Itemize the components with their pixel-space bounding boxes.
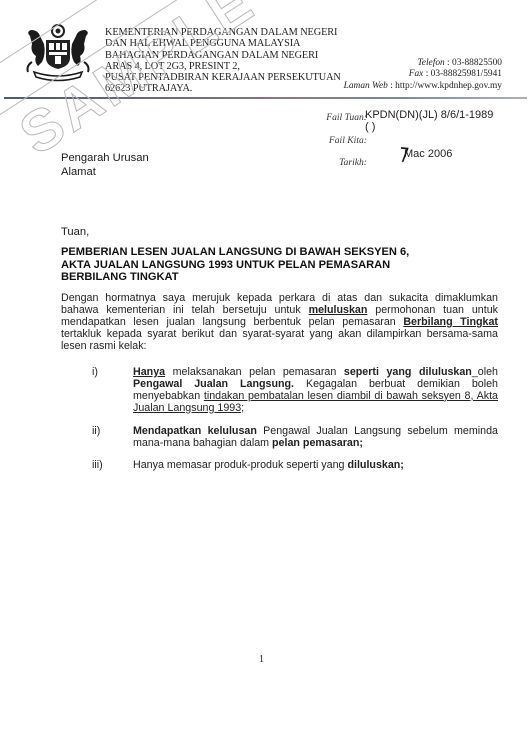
condition-emphasis: pelan pemasaran; <box>272 437 363 449</box>
condition-number: ii) <box>92 426 100 438</box>
coat-of-arms-icon <box>22 22 94 82</box>
condition-emphasis: Pengawal Jualan Langsung. <box>133 378 294 390</box>
agency-line: DAN HAL EHWAL PENGGUNA MALAYSIA <box>105 38 341 49</box>
recipient-title: Pengarah Urusan <box>61 152 149 166</box>
telefon-label: Telefon <box>417 58 444 68</box>
fail-tuan-row: Fail Tuan: KPDN(DN)(JL) 8/6/1-1989 <box>325 109 525 123</box>
fail-kita-label: Fail Kita: <box>329 135 367 146</box>
condition-number: iii) <box>92 460 103 472</box>
agency-line: 62623 PUTRAJAYA. <box>105 83 341 94</box>
intro-emphasis-mlm: Berbilang Tingkat <box>403 316 498 328</box>
header-divider <box>4 97 527 99</box>
agency-line: PUSAT PENTADBIRAN KERAJAAN PERSEKUTUAN <box>105 72 341 83</box>
condition-emphasis: Mendapatkan kelulusan <box>133 425 257 437</box>
page-number: 1 <box>259 654 264 665</box>
fail-tuan-sub: ( ) <box>365 121 375 133</box>
condition-emphasis: seperti yang diluluskan <box>344 366 472 378</box>
fail-kita-row: Fail Kita: <box>325 135 525 149</box>
condition-number: i) <box>92 367 98 379</box>
agency-address: KEMENTERIAN PERDAGANGAN DALAM NEGERI DAN… <box>105 27 341 95</box>
recipient-address-line: Alamat <box>61 166 149 180</box>
condition-text: Hanya melaksanakan pelan pemasaran seper… <box>133 367 498 415</box>
fax-line: Fax : 03-88825981/5941 <box>344 69 502 80</box>
recipient-address: Pengarah Urusan Alamat <box>61 152 149 179</box>
condition-item: iii) Hanya memasar produk-produk seperti… <box>92 460 498 472</box>
agency-line: KEMENTERIAN PERDAGANGAN DALAM NEGERI <box>105 27 341 38</box>
fail-tuan-value: KPDN(DN)(JL) 8/6/1-1989 <box>365 109 493 121</box>
agency-line: ARAS 4, LOT 2G3, PRESINT 2, <box>105 61 341 72</box>
fax-label: Fax <box>409 69 424 79</box>
intro-paragraph: Dengan hormatnya saya merujuk kepada per… <box>61 293 498 353</box>
salutation: Tuan, <box>61 226 89 238</box>
tarikh-row: Tarikh: Mac 2006 <box>325 149 525 169</box>
tarikh-month-year: Mac 2006 <box>404 148 452 160</box>
tarikh-label: Tarikh: <box>339 157 367 168</box>
telefon-line: Telefon : 03-88825500 <box>344 58 502 69</box>
fail-tuan-sub-row: ( ) <box>325 123 525 135</box>
tarikh-day-handwritten: 7 <box>399 143 411 168</box>
telefon-value: 03-88825500 <box>452 58 502 68</box>
condition-item: ii) Mendapatkan kelulusan Pengawal Juala… <box>92 426 498 450</box>
web-link[interactable]: http://www.kpdnhep.gov.my <box>395 81 502 91</box>
intro-emphasis-approve: meluluskan <box>309 304 368 316</box>
condition-text: Mendapatkan kelulusan Pengawal Jualan La… <box>133 426 498 450</box>
condition-fragment: melaksanakan pelan pemasaran <box>165 366 344 378</box>
conditions-list: i) Hanya melaksanakan pelan pemasaran se… <box>92 367 498 483</box>
agency-line: BAHAGIAN PERDAGANGAN DALAM NEGERI <box>105 50 341 61</box>
web-label: Laman Web <box>344 81 388 91</box>
condition-item: i) Hanya melaksanakan pelan pemasaran se… <box>92 367 498 415</box>
condition-fragment: Hanya memasar produk-produk seperti yang <box>133 459 347 471</box>
condition-emphasis: Hanya <box>133 366 165 378</box>
fax-value: 03-88825981/5941 <box>431 69 502 79</box>
condition-fragment: _oleh <box>472 366 498 378</box>
contact-info: Telefon : 03-88825500 Fax : 03-88825981/… <box>344 58 502 92</box>
condition-text: Hanya memasar produk-produk seperti yang… <box>133 460 498 472</box>
fail-tuan-label: Fail Tuan: <box>326 112 367 123</box>
condition-emphasis: diluluskan; <box>347 459 403 471</box>
reference-block: Fail Tuan: KPDN(DN)(JL) 8/6/1-1989 ( ) F… <box>325 109 525 169</box>
web-line: Laman Web : http://www.kpdnhep.gov.my <box>344 81 502 92</box>
intro-text: tertakluk kepada syarat berikut dan syar… <box>61 328 498 352</box>
letter-subject: PEMBERIAN LESEN JUALAN LANGSUNG DI BAWAH… <box>61 246 421 284</box>
